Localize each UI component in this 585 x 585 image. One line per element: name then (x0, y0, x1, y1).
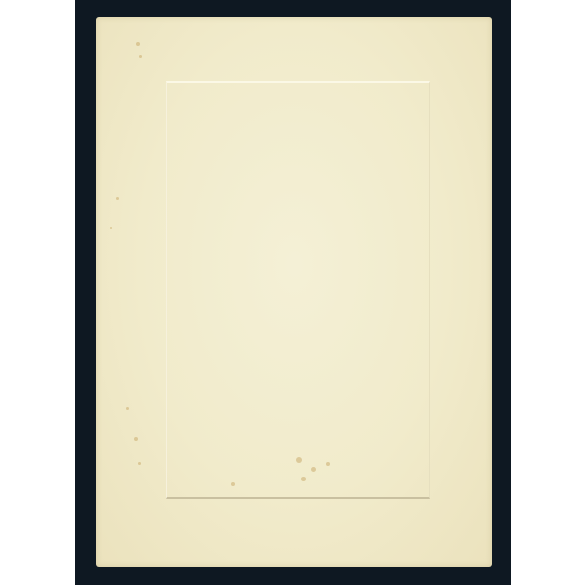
foxing-spot (136, 42, 140, 46)
foxing-spot (231, 482, 235, 486)
foxing-spot (296, 457, 302, 463)
card-mount (96, 17, 492, 567)
embossed-plate-mark (166, 81, 430, 499)
foxing-spot (138, 462, 141, 465)
foxing-spot (139, 55, 142, 58)
foxing-spot (134, 437, 138, 441)
foxing-spot (301, 477, 306, 481)
foxing-spot (110, 227, 112, 229)
foxing-spot (126, 407, 129, 410)
foxing-spot (116, 197, 119, 200)
foxing-spot (311, 467, 316, 472)
foxing-spot (326, 462, 330, 466)
